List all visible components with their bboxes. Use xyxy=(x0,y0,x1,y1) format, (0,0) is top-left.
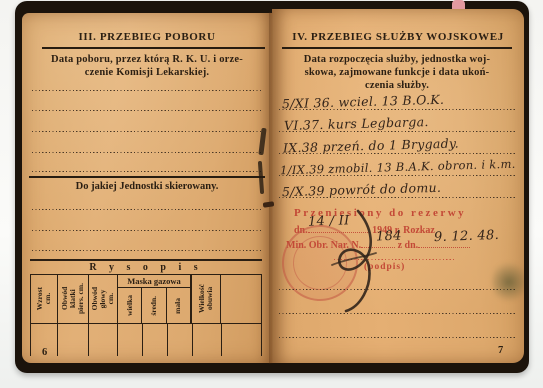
col-header-obuwie: Wielkość obuwia xyxy=(191,275,221,323)
title-rule xyxy=(282,47,512,49)
dotted-line xyxy=(32,230,263,232)
col-header-empty xyxy=(221,275,261,323)
dotted-line xyxy=(279,313,517,315)
spine-crease xyxy=(269,12,273,364)
col-header-wzrost: Wzrost cm. xyxy=(31,275,58,323)
left-subsection-title: Do jakiej Jednostki skierowany. xyxy=(22,181,272,192)
dotted-line xyxy=(279,175,517,177)
dotted-line xyxy=(279,337,517,339)
photo-of-military-booklet: III. PRZEBIEG POBORU Data poboru, przez … xyxy=(0,0,543,388)
handwritten-signature xyxy=(312,207,392,317)
col-header-wielka: wielka xyxy=(118,288,142,323)
dotted-line xyxy=(32,250,263,252)
col-header-mala: mała xyxy=(167,288,190,323)
dotted-line xyxy=(279,109,517,111)
col-header-sredn: średn. xyxy=(142,288,166,323)
title-rule xyxy=(42,47,265,49)
dotted-line xyxy=(279,153,517,155)
maska-gazowa-label: Maska gazowa xyxy=(118,275,190,288)
left-page: III. PRZEBIEG POBORU Data poboru, przez … xyxy=(22,13,272,363)
col-header-klatka: Obwód klatki piers. cm. xyxy=(58,275,89,323)
col-header-glowa: Obwód głowy cm. xyxy=(89,275,118,323)
dotted-line xyxy=(32,171,263,173)
right-page-number: 7 xyxy=(498,345,503,356)
left-section-title: III. PRZEBIEG POBORU xyxy=(22,31,272,43)
handwritten-order-date: 9. 12. 48. xyxy=(434,228,500,245)
left-intro-text: Data poboru, przez którą R. K. U. i orze… xyxy=(26,53,268,79)
ink-stain-green xyxy=(492,259,524,305)
rysopis-empty-row xyxy=(30,324,262,356)
dotted-line xyxy=(32,90,263,92)
right-page: IV. PRZEBIEG SŁUŻBY WOJSKOWEJ Data rozpo… xyxy=(272,9,524,363)
dotted-line xyxy=(279,289,517,291)
dotted-line xyxy=(279,197,517,199)
dotted-line xyxy=(32,110,263,112)
left-page-number: 6 xyxy=(42,347,47,358)
col-group-maska-gazowa: Maska gazowa wielka średn. mała xyxy=(118,275,191,323)
rysopis-table-title: R y s o p i s xyxy=(30,259,262,275)
dotted-line xyxy=(279,131,517,133)
right-intro-text: Data rozpoczęcia służby, jednostka woj- … xyxy=(276,53,518,92)
right-section-title: IV. PRZEBIEG SŁUŻBY WOJSKOWEJ xyxy=(272,31,524,43)
dotted-line xyxy=(32,152,263,154)
rysopis-table: R y s o p i s Wzrost cm. Obwód klatki pi… xyxy=(30,259,262,356)
rysopis-table-header: Wzrost cm. Obwód klatki piers. cm. Obwód… xyxy=(30,275,262,324)
section-rule xyxy=(29,176,265,178)
dotted-line xyxy=(32,131,263,133)
dotted-line xyxy=(32,209,263,211)
